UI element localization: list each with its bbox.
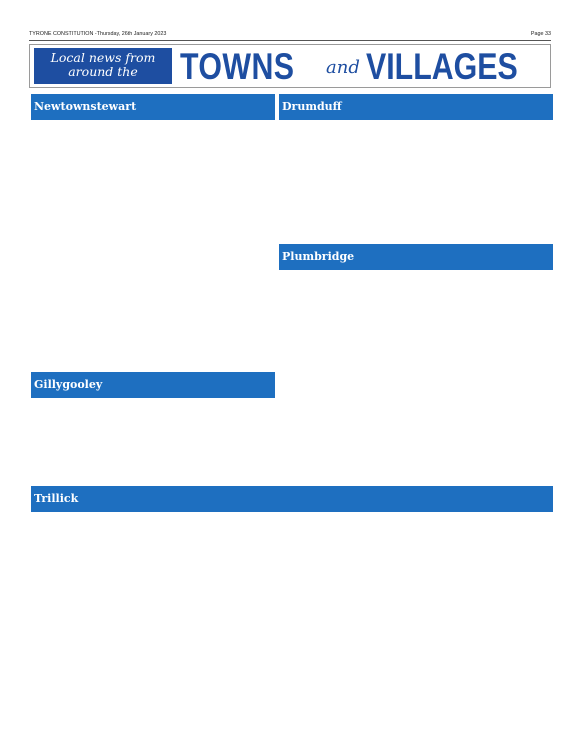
banner-villages: VILLAGES (366, 45, 518, 89)
section-header-drumduff: Drumduff (279, 94, 553, 120)
section-header-newtownstewart: Newtownstewart (31, 94, 275, 120)
newtownstewart-col1 (33, 124, 153, 370)
drumduff-col1 (282, 124, 417, 242)
publication-dateline: TYRONE CONSTITUTION -Thursday, 26th Janu… (29, 31, 166, 37)
section-header-gillygooley: Gillygooley (31, 372, 275, 398)
banner-tagline-box: Local news from around the (34, 48, 172, 84)
page-number: Page 33 (531, 31, 551, 37)
banner-line2: around the (34, 65, 172, 79)
banner-towns: TOWNS (180, 45, 294, 89)
running-header: TYRONE CONSTITUTION -Thursday, 26th Janu… (29, 30, 551, 41)
section-header-plumbridge: Plumbridge (279, 244, 553, 270)
section-header-trillick: Trillick (31, 486, 553, 512)
banner-and: and (326, 53, 360, 83)
banner-line1: Local news from (34, 51, 172, 65)
section-banner: Local news from around the TOWNS and VIL… (29, 44, 551, 88)
newtownstewart-col2 (156, 124, 274, 370)
